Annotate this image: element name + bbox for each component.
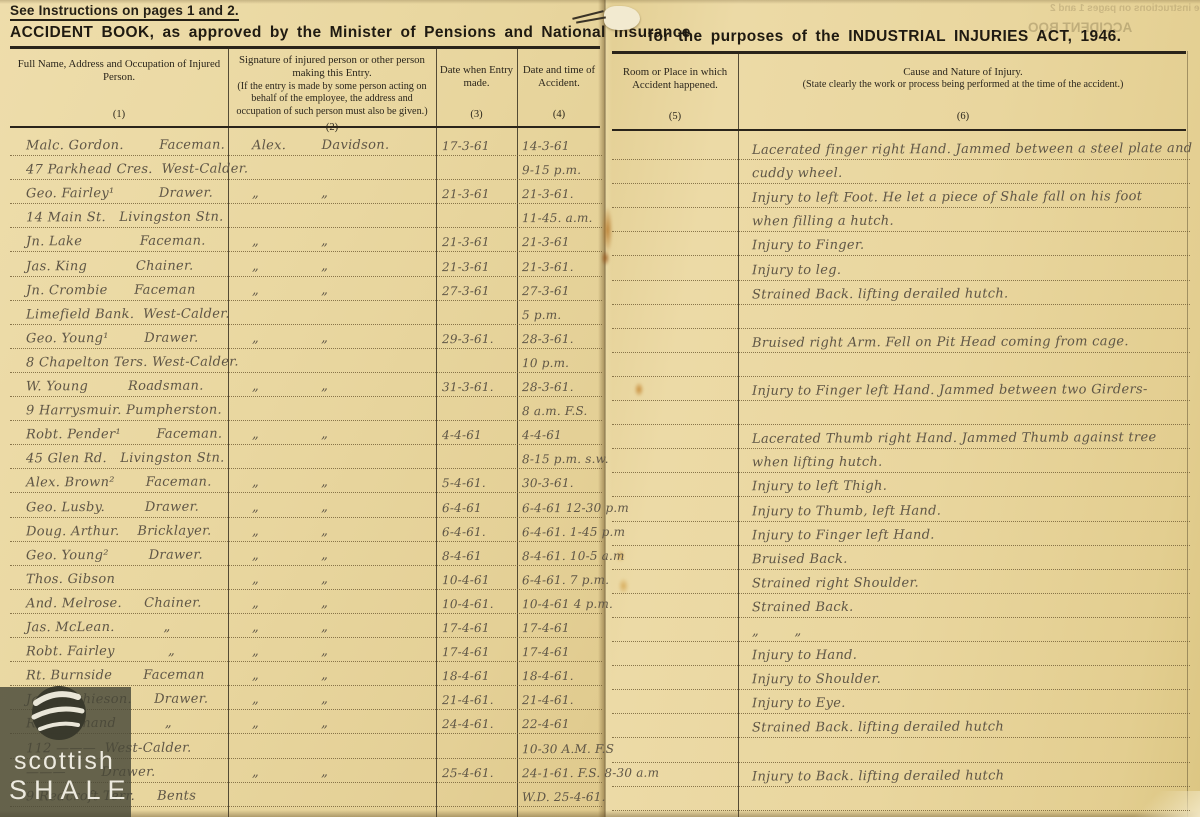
cell-name: 47 Parkhead Cres. West-Calder. [26,161,248,180]
cell-entry-date: 10-4-61. [442,595,494,613]
cell-injury: Injury to left Thigh. [752,478,887,497]
cell-accident-date: 21-3-61 [522,233,570,251]
cell-accident-date: W.D. 25-4-61. [522,788,606,806]
cell-name: Alex. Brown² Faceman. [26,474,212,493]
page-title-right: for the purposes of the INDUSTRIAL INJUR… [648,28,1121,46]
ruled-line [612,255,1190,256]
cell-entry-date: 29-3-61. [442,330,494,348]
column-header-6: Cause and Nature of Injury. (State clear… [744,66,1182,122]
watermark-text: SHALE [9,775,133,806]
page-margin-line [1187,51,1188,817]
cell-name: Geo. Young² Drawer. [26,546,203,565]
cell-signature: „ „ [252,426,328,444]
cell-accident-date: 10 p.m. [522,354,569,372]
ruled-line [612,424,1190,425]
stain [601,250,610,266]
ruled-line [612,472,1190,473]
ruled-line [10,468,602,469]
header-rule-left [10,126,600,128]
cell-accident-date: 27-3-61 [522,281,570,299]
ruled-line [10,637,602,638]
cell-name: 9 Harrysmuir. Pumpherston. [26,402,222,421]
ruled-line [612,376,1190,377]
cell-signature: „ „ [252,330,328,348]
cell-name: Jn. Crombie Faceman [26,281,196,300]
column-number: (2) [326,118,338,133]
ruled-line [10,661,602,662]
cell-accident-date: 17-4-61 [522,619,570,637]
cell-accident-date: 4-4-61 [522,426,562,444]
page-fold [598,0,612,817]
cell-injury: Strained Back. lifting derailed hutch [752,719,1004,738]
column-header-text: Room or Place in which Accident happened… [614,66,736,93]
cell-accident-date: 9-15 p.m. [522,161,581,179]
ruled-line [612,183,1190,184]
cell-entry-date: 17-4-61 [442,643,490,661]
column-header-text: Cause and Nature of Injury. [903,66,1023,79]
ruled-line [612,641,1190,642]
cell-name: 14 Main St. Livingston Stn. [26,209,224,228]
cell-name: Malc. Gordon. Faceman. [26,137,225,156]
cell-injury: when filling a hutch. [752,213,894,232]
ruled-line [612,810,1190,811]
cell-signature: „ „ [252,547,328,565]
watermark-text: scottish [14,747,115,776]
cell-injury: Injury to Back. lifting derailed hutch [752,767,1004,786]
cell-signature: „ „ [252,281,328,299]
ruled-line [10,155,602,156]
cell-accident-date: 14-3-61 [522,137,570,155]
cell-entry-date: 21-4-61. [442,691,494,709]
column-divider [517,46,518,817]
cell-entry-date: 4-4-61 [442,426,482,444]
cell-injury: Injury to Eye. [752,695,846,713]
cell-signature: „ „ [252,257,328,275]
ruled-line [10,420,602,421]
stain [634,382,644,397]
cell-accident-date: 10-4-61 4 p.m. [522,595,613,613]
cell-accident-date: 21-4-61. [522,691,574,709]
cell-injury: Injury to left Foot. He let a piece of S… [752,188,1142,208]
cell-signature: „ „ [252,474,328,492]
cell-name: 8 Chapelton Ters. West-Calder. [26,353,239,372]
ruled-line [612,713,1190,714]
cell-signature: „ „ [252,643,328,661]
cell-name: Jn. Lake Faceman. [26,233,206,252]
cell-name: Rt. Burnside Faceman [26,667,205,686]
cell-entry-date: 24-4-61. [442,715,494,733]
column-divider [436,46,437,817]
cell-signature: „ „ [252,378,328,396]
cell-injury: Injury to Shoulder. [752,671,881,690]
column-header-text: Date and time of Accident. [520,64,598,91]
ruled-line [612,280,1190,281]
ruled-line [612,762,1190,763]
cell-accident-date: 17-4-61 [522,643,570,661]
cell-accident-date: 8-4-61. 10-5 a.m [522,546,625,564]
ruled-line [10,179,602,180]
cell-entry-date: 21-3-61 [442,257,490,275]
ruled-line [10,492,602,493]
ruled-line [612,569,1190,570]
cell-name: Jas. King Chainer. [26,257,194,276]
column-number: (1) [113,105,125,120]
cell-signature: „ „ [252,691,328,709]
cell-accident-date: 28-3-61. [522,330,574,348]
ruled-line [612,593,1190,594]
column-number: (4) [553,105,565,120]
cell-accident-date: 28-3-61. [522,378,574,396]
ruled-line [612,207,1190,208]
cell-accident-date: 21-3-61. [522,185,574,203]
paper-edge [0,0,1200,4]
column-number: (5) [669,107,681,122]
ruled-line [10,396,602,397]
cell-accident-date: 11-45. a.m. [522,209,593,227]
cell-signature: „ „ [252,185,328,203]
cell-injury: Injury to Finger left Hand. Jammed betwe… [752,381,1148,401]
column-header-5: Room or Place in which Accident happened… [614,66,736,122]
cell-accident-date: 10-30 A.M. F.S [522,739,614,757]
column-number: (3) [470,105,482,120]
column-header-1: Full Name, Address and Occupation of Inj… [12,58,226,120]
cell-name: Doug. Arthur. Bricklayer. [26,522,212,541]
cell-entry-date: 21-3-61 [442,233,490,251]
accident-book-scan: see instructions on pages 1 and 2 ACCIDE… [0,0,1200,817]
cell-entry-date: 8-4-61 [442,547,482,565]
cell-name: Robt. Fairley „ [26,643,175,662]
cell-injury: Injury to Hand. [752,647,857,665]
cell-name: 45 Glen Rd. Livingston Stn. [26,450,225,469]
title-rule-left [10,46,600,49]
cell-injury: „ „ [752,623,802,641]
cell-injury: Injury to leg. [752,261,841,279]
cell-signature: „ „ [252,595,328,613]
cell-injury: when lifting hutch. [752,454,883,473]
cell-injury: Injury to Finger left Hand. [752,526,935,545]
ruled-line [612,448,1190,449]
torn-paper-patch [604,6,640,30]
cell-name: Robt. Pender¹ Faceman. [26,426,222,445]
cell-signature: „ „ [252,522,328,540]
cell-entry-date: 21-3-61 [442,185,490,203]
cell-injury: cuddy wheel. [752,165,843,183]
cell-signature: „ „ [252,619,328,637]
cell-signature: „ „ [252,667,328,685]
scottish-shale-watermark: scottish SHALE [0,687,131,817]
cell-injury: Injury to Thumb, left Hand. [752,502,941,521]
column-number: (6) [957,107,969,122]
cell-injury: Strained right Shoulder. [752,574,919,593]
cell-accident-date: 24-1-61. F.S. 8-30 a.m [522,763,659,782]
cell-injury: Injury to Finger. [752,237,864,255]
paper-corner [1130,791,1200,817]
globe-icon [26,685,92,745]
instructions-note: See Instructions on pages 1 and 2. [10,3,239,21]
title-rule-right [612,51,1186,54]
cell-signature: Alex. Davidson. [252,137,389,156]
cell-entry-date: 10-4-61 [442,571,490,589]
cell-accident-date: 8 a.m. F.S. [522,402,588,420]
cell-entry-date: 17-3-61 [442,137,490,155]
ruled-line [612,328,1190,329]
cell-name: Geo. Lusby. Drawer. [26,498,199,517]
ruled-line [10,227,602,228]
cell-entry-date: 6-4-61. [442,522,486,540]
bleed-through-text: see instructions on pages 1 and 2 [1050,3,1200,14]
ruled-line [612,689,1190,690]
cell-name: Limefield Bank. West-Calder. [26,305,230,324]
page-title-left: ACCIDENT BOOK, as approved by the Minist… [10,24,691,42]
cell-name: Geo. Young¹ Drawer. [26,329,199,348]
column-divider [738,51,739,817]
cell-name: Jas. McLean. „ [26,619,171,638]
ruled-line [10,203,602,204]
column-header-text: Signature of injured person or other per… [231,54,433,81]
paper-edge [0,810,1200,817]
stain [618,578,629,594]
cell-entry-date: 6-4-61 [442,498,482,516]
cell-accident-date: 6-4-61 12-30 p.m [522,498,629,516]
cell-injury: Strained Back. lifting derailed hutch. [752,285,1009,304]
cell-entry-date: 27-3-61 [442,281,490,299]
cell-entry-date: 18-4-61 [442,667,490,685]
cell-injury: Strained Back. [752,599,854,617]
cell-accident-date: 6-4-61. 7 p.m. [522,571,609,589]
cell-accident-date: 22-4-61 [522,715,570,733]
ruled-line [612,496,1190,497]
cell-signature: „ „ [252,763,328,781]
ruled-line [612,737,1190,738]
cell-accident-date: 18-4-61. [522,667,574,685]
cell-injury: Lacerated Thumb right Hand. Jammed Thumb… [752,429,1157,449]
cell-signature: „ „ [252,715,328,733]
cell-accident-date: 21-3-61. [522,257,574,275]
stain [602,206,613,254]
cell-name: Geo. Fairley¹ Drawer. [26,185,213,204]
ruled-line [10,589,602,590]
column-header-subtext: (State clearly the work or process being… [803,79,1124,91]
cell-injury: Bruised right Arm. Fell on Pit Head comi… [752,333,1129,353]
cell-accident-date: 30-3-61. [522,474,574,492]
ruled-line [612,617,1190,618]
cell-name: And. Melrose. Chainer. [26,595,202,614]
cell-injury: Bruised Back. [752,550,848,568]
cell-signature: „ „ [252,498,328,516]
column-header-text: Date when Entry made. [438,64,515,91]
cell-accident-date: 8-15 p.m. s.w. [522,450,609,468]
cell-name: Thos. Gibson [26,571,115,589]
cell-accident-date: 5 p.m. [522,306,561,324]
right-page [606,0,1200,817]
column-header-4: Date and time of Accident. (4) [520,64,598,120]
column-header-2: Signature of injured person or other per… [231,54,433,120]
column-header-subtext: (If the entry is made by some person act… [231,81,433,118]
cell-entry-date: 31-3-61. [442,378,494,396]
cell-entry-date: 25-4-61. [442,763,494,781]
column-header-text: Full Name, Address and Occupation of Inj… [12,58,226,85]
cell-name: W. Young Roadsman. [26,378,204,397]
header-rule-right [612,129,1186,131]
cell-signature: „ „ [252,571,328,589]
cell-signature: „ „ [252,233,328,251]
ruled-line [612,665,1190,666]
ruled-line [612,231,1190,232]
cell-entry-date: 5-4-61. [442,474,486,492]
cell-entry-date: 17-4-61 [442,619,490,637]
ruled-line [10,444,602,445]
cell-injury: Lacerated finger right Hand. Jammed betw… [752,140,1192,160]
ruled-line [10,251,602,252]
column-header-3: Date when Entry made. (3) [438,64,515,120]
cell-accident-date: 6-4-61. 1-45 p.m [522,522,625,540]
